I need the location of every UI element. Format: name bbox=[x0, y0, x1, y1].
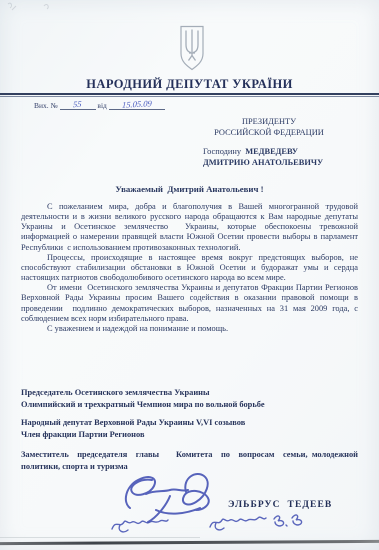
letter-page: НАРОДНИЙ ДЕПУТАТ УКРАЇНИ Вих. № 55 від 1… bbox=[0, 0, 379, 550]
signer-title-4: Член фракции Партии Регионов bbox=[21, 429, 358, 441]
closing-line: С уважением и надеждой на понимание и по… bbox=[21, 324, 358, 334]
secondary-signature-left-icon bbox=[108, 511, 172, 537]
ukraine-trident-emblem-icon bbox=[177, 24, 207, 73]
signer-title-3: Народный депутат Верховной Рады Украины … bbox=[21, 417, 358, 429]
ref-number-field: 55 bbox=[60, 99, 96, 110]
addressee-line-2: РОССИЙСКОЙ ФЕДЕРАЦИИ bbox=[199, 128, 339, 139]
pencil-marks bbox=[4, 0, 64, 18]
addressee-honorific: Господину bbox=[203, 147, 243, 156]
signer-title-2: Олимпийский и трехкратный Чемпион мира п… bbox=[21, 399, 358, 411]
salutation: Уважаемый Дмитрий Анатольевич ! bbox=[0, 184, 379, 194]
reference-line: Вих. № 55 від 15.05.09 bbox=[34, 99, 165, 110]
addressee-name-patronymic: ДМИТРИЮ АНАТОЛЬЕВИЧУ bbox=[203, 158, 339, 169]
letterhead-title: НАРОДНИЙ ДЕПУТАТ УКРАЇНИ bbox=[0, 77, 379, 92]
signature-titles-block: Председатель Осетинского землячества Укр… bbox=[21, 387, 358, 473]
addressee-surname: МЕДВЕДЕВУ bbox=[245, 147, 298, 156]
paragraph-3: От имени Осетинского землячества Украины… bbox=[21, 283, 358, 324]
paragraph-2: Процессы, происходящие в настоящее время… bbox=[21, 253, 358, 283]
addressee-line-1: ПРЕЗИДЕНТУ bbox=[199, 117, 339, 128]
scan-artifact-line bbox=[0, 537, 200, 538]
letter-body: С пожеланием мира, добра и благополучия … bbox=[21, 202, 358, 334]
paragraph-1: С пожеланием мира, добра и благополучия … bbox=[21, 202, 358, 253]
scan-edge-line bbox=[0, 540, 379, 545]
secondary-signature-right-icon bbox=[206, 507, 304, 537]
addressee-block: ПРЕЗИДЕНТУ РОССИЙСКОЙ ФЕДЕРАЦИИ Господин… bbox=[199, 117, 339, 168]
ref-label: Вих. № bbox=[34, 101, 58, 110]
header-rule bbox=[0, 93, 379, 97]
date-label: від bbox=[97, 101, 106, 110]
signer-title-1: Председатель Осетинского землячества Укр… bbox=[21, 387, 358, 399]
date-field: 15.05.09 bbox=[109, 99, 165, 110]
date-handwritten: 15.05.09 bbox=[122, 98, 152, 110]
ref-number-handwritten: 55 bbox=[73, 99, 82, 109]
